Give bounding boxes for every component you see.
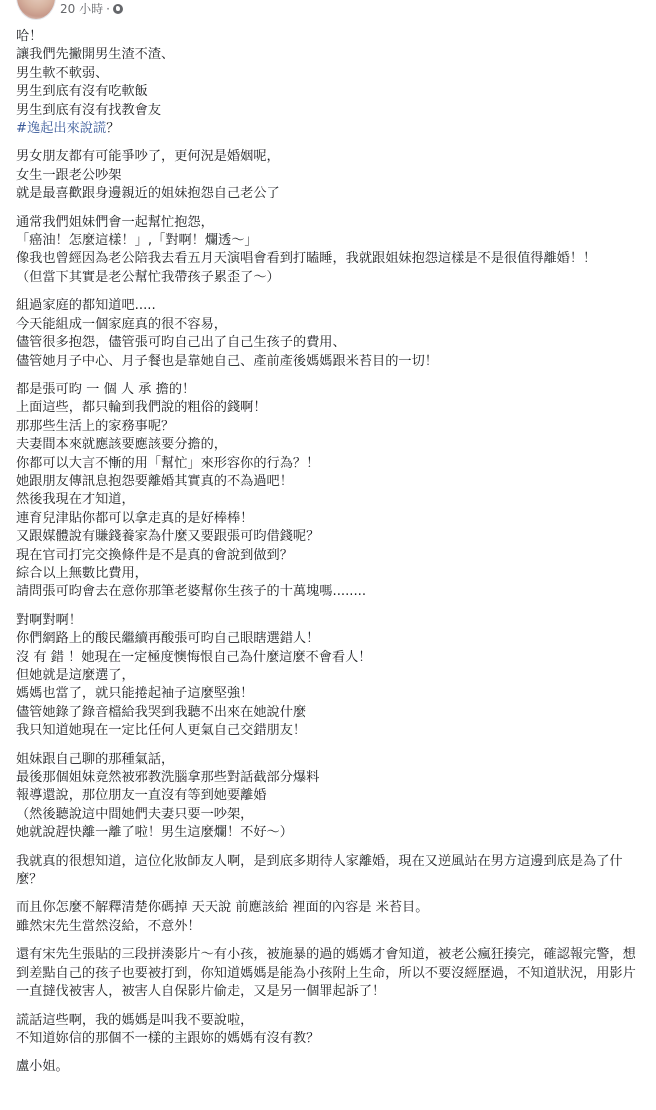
post-text-line: 沒 有 錯 ！她現在一定極度懊悔恨自己為什麼這麼不會看人！	[16, 649, 642, 667]
post-text-line: 男生軟不軟弱、	[16, 65, 642, 83]
post-text-line: 哈！	[16, 28, 642, 46]
post-text-line: 通常我們姐妹們會一起幫忙抱怨，	[16, 214, 642, 232]
post-header: 20 小時 ·	[0, 0, 656, 22]
post-text-line: 讓我們先撇開男生渣不渣、	[16, 46, 642, 64]
post-text-line: 那那些生活上的家務事呢？	[16, 418, 642, 436]
post-text-line: 她就說趕快離一離了啦！男生這麼爛！不好～）	[16, 824, 642, 842]
post-paragraph: 謊話這些啊，我的媽媽是叫我不要說啦，不知道妳信的那個不一樣的主跟妳的媽媽有沒有教…	[16, 1012, 642, 1049]
post-paragraph: 哈！讓我們先撇開男生渣不渣、男生軟不軟弱、男生到底有沒有吃軟飯男生到底有沒有找教…	[16, 28, 642, 138]
post-paragraph: 對啊對啊！你們網路上的酸民繼續再酸張可昀自己眼瞎選錯人！沒 有 錯 ！她現在一定…	[16, 612, 642, 741]
post-text-line: 請問張可昀會去在意你那筆老婆幫你生孩子的十萬塊嗎........	[16, 583, 642, 601]
post-text-line: 綜合以上無數比費用，	[16, 565, 642, 583]
post-text-line: 都是張可昀 一 個 人 承 擔的！	[16, 381, 642, 399]
post-text-line: 男女朋友都有可能爭吵了，更何況是婚姻呢，	[16, 148, 642, 166]
post-text-line: 盧小姐。	[16, 1058, 642, 1076]
post-text-line: 儘管她錄了錄音檔給我哭到我聽不出來在她說什麼	[16, 704, 642, 722]
post-text-line: 我就真的很想知道，這位化妝師友人啊，是到底多期待人家離婚，現在又逆風站在男方這邊…	[16, 853, 642, 890]
post-text-line: 儘管很多抱怨，儘管張可昀自己出了自己生孩子的費用、	[16, 334, 642, 352]
post-paragraph: 盧小姐。	[16, 1058, 642, 1076]
post-text-line: 就是最喜歡跟身邊親近的姐妹抱怨自己老公了	[16, 185, 642, 203]
post-text-line: 像我也曾經因為老公陪我去看五月天演唱會看到打瞌睡，我就跟姐妹抱怨這樣是不是很值得…	[16, 250, 642, 268]
post-text-line: 今天能組成一個家庭真的很不容易，	[16, 316, 642, 334]
post-text-line: 然後我現在才知道，	[16, 491, 642, 509]
post-paragraph: 還有宋先生張貼的三段拼湊影片～有小孩，被施暴的過的媽媽才會知道，被老公瘋狂揍完，…	[16, 946, 642, 1001]
post-text-line: （但當下其實是老公幫忙我帶孩子累歪了～）	[16, 269, 642, 287]
post-meta: 20 小時 ·	[60, 2, 123, 16]
post-text-line: 報導還說，那位朋友一直沒有等到她要離婚	[16, 787, 642, 805]
timestamp-link[interactable]: 20 小時	[60, 2, 103, 16]
post-text-line: 最後那個姐妹竟然被邪教洗腦拿那些對話截部分爆料	[16, 769, 642, 787]
hashtag-link[interactable]: #逸起出來說謊	[16, 121, 106, 136]
globe-icon[interactable]	[113, 4, 123, 14]
post-text-line: 媽媽也當了，就只能捲起袖子這麼堅強！	[16, 685, 642, 703]
post-text-line: 謊話這些啊，我的媽媽是叫我不要說啦，	[16, 1012, 642, 1030]
meta-separator: ·	[106, 2, 110, 16]
post-text-line: （然後聽說這中間她們夫妻只要一吵架，	[16, 806, 642, 824]
post-text-line: 夫妻間本來就應該要應該要分擔的，	[16, 436, 642, 454]
post-text-line: 儘管她月子中心、月子餐也是靠她自己、產前產後媽媽跟米苔目的一切！	[16, 353, 642, 371]
post-text-line: 女生一跟老公吵架	[16, 167, 642, 185]
post-text-line: 她跟朋友傳訊息抱怨要離婚其實真的不為過吧！	[16, 473, 642, 491]
post-paragraph: 男女朋友都有可能爭吵了，更何況是婚姻呢，女生一跟老公吵架就是最喜歡跟身邊親近的姐…	[16, 148, 642, 203]
post-text-line: 連育兒津貼你都可以拿走真的是好棒棒！	[16, 510, 642, 528]
facebook-post: 20 小時 · 哈！讓我們先撇開男生渣不渣、男生軟不軟弱、男生到底有沒有吃軟飯男…	[0, 0, 656, 1110]
post-text-line: 而且你怎麼不解釋清楚你碼掉 天天說 前應該給 裡面的內容是 米苔目。	[16, 899, 642, 917]
post-text-line: 我只知道她現在一定比任何人更氣自己交錯朋友！	[16, 722, 642, 740]
post-paragraph: 都是張可昀 一 個 人 承 擔的！上面這些，都只輪到我們說的粗俗的錢啊！那那些生…	[16, 381, 642, 602]
post-text-line: 你都可以大言不慚的用「幫忙」來形容你的行為？！	[16, 455, 642, 473]
post-text-line: 雖然宋先生當然沒給，不意外！	[16, 918, 642, 936]
post-text-line: 又跟媒體說有賺錢養家為什麼又要跟張可昀借錢呢？	[16, 528, 642, 546]
post-paragraph: 通常我們姐妹們會一起幫忙抱怨，「癌油！怎麼這樣！」,「對啊！爛透～」像我也曾經因…	[16, 214, 642, 288]
post-text-line: 組過家庭的都知道吧.....	[16, 297, 642, 315]
avatar[interactable]	[16, 0, 56, 20]
post-text-line: 還有宋先生張貼的三段拼湊影片～有小孩，被施暴的過的媽媽才會知道，被老公瘋狂揍完，…	[16, 946, 642, 1001]
post-paragraph: 組過家庭的都知道吧.....今天能組成一個家庭真的很不容易，儘管很多抱怨，儘管張…	[16, 297, 642, 371]
post-paragraph: 而且你怎麼不解釋清楚你碼掉 天天說 前應該給 裡面的內容是 米苔目。雖然宋先生當…	[16, 899, 642, 936]
post-paragraph: 我就真的很想知道，這位化妝師友人啊，是到底多期待人家離婚，現在又逆風站在男方這邊…	[16, 853, 642, 890]
post-paragraph: 姐妹跟自己聊的那種氣話，最後那個姐妹竟然被邪教洗腦拿那些對話截部分爆料報導還說，…	[16, 751, 642, 843]
post-text-line: 「癌油！怎麼這樣！」,「對啊！爛透～」	[16, 232, 642, 250]
post-text-line: 現在官司打完交換條件是不是真的會說到做到？	[16, 547, 642, 565]
post-text-line: 姐妹跟自己聊的那種氣話，	[16, 751, 642, 769]
post-text-line: 男生到底有沒有吃軟飯	[16, 83, 642, 101]
post-text-line: 男生到底有沒有找教會友	[16, 102, 642, 120]
post-text-line: 對啊對啊！	[16, 612, 642, 630]
hashtag-line: #逸起出來說謊？	[16, 120, 642, 138]
post-text-line: 上面這些，都只輪到我們說的粗俗的錢啊！	[16, 399, 642, 417]
post-text-line: 但她就是這麼選了，	[16, 667, 642, 685]
post-body: 哈！讓我們先撇開男生渣不渣、男生軟不軟弱、男生到底有沒有吃軟飯男生到底有沒有找教…	[16, 28, 642, 1087]
hashtag-suffix: ？	[106, 121, 119, 136]
post-text-line: 你們網路上的酸民繼續再酸張可昀自己眼瞎選錯人！	[16, 630, 642, 648]
post-text-line: 不知道妳信的那個不一樣的主跟妳的媽媽有沒有教？	[16, 1030, 642, 1048]
